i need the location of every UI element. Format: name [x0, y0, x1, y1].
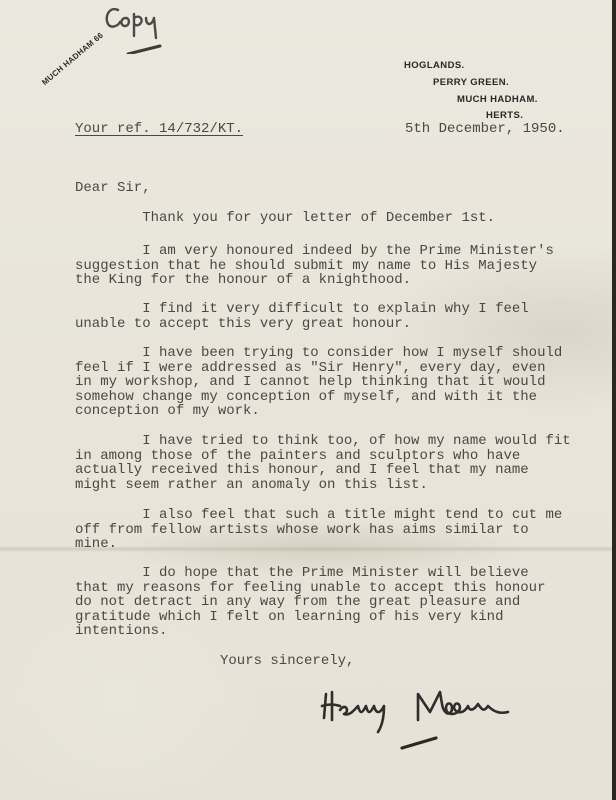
paragraph: I have been trying to consider how I mys… — [75, 346, 562, 419]
reference-number: Your ref. 14/732/KT. — [75, 121, 243, 137]
paragraph: I am very honoured indeed by the Prime M… — [75, 244, 554, 288]
signature-handwriting: Henry Moore — [318, 684, 538, 754]
closing: Yours sincerely, — [220, 653, 354, 669]
salutation: Dear Sir, — [75, 180, 151, 196]
paragraph: I do hope that the Prime Minister will b… — [75, 566, 545, 639]
paragraph: I also feel that such a title might tend… — [75, 508, 562, 552]
paragraph: I find it very difficult to explain why … — [75, 302, 529, 331]
address-line: HOGLANDS. — [404, 57, 465, 74]
paragraph: Thank you for your letter of December 1s… — [75, 211, 495, 226]
address-line: MUCH HADHAM. — [457, 91, 538, 108]
letter-date: 5th December, 1950. — [405, 121, 565, 137]
page-edge-shadow — [612, 0, 616, 800]
paragraph: I have tried to think too, of how my nam… — [75, 434, 571, 492]
sender-address: HOGLANDS. PERRY GREEN. MUCH HADHAM. HERT… — [0, 0, 616, 120]
letter-page: Copy MUCH HADHAM 66 HOGLANDS. PERRY GREE… — [0, 0, 612, 800]
address-line: PERRY GREEN. — [433, 74, 509, 91]
